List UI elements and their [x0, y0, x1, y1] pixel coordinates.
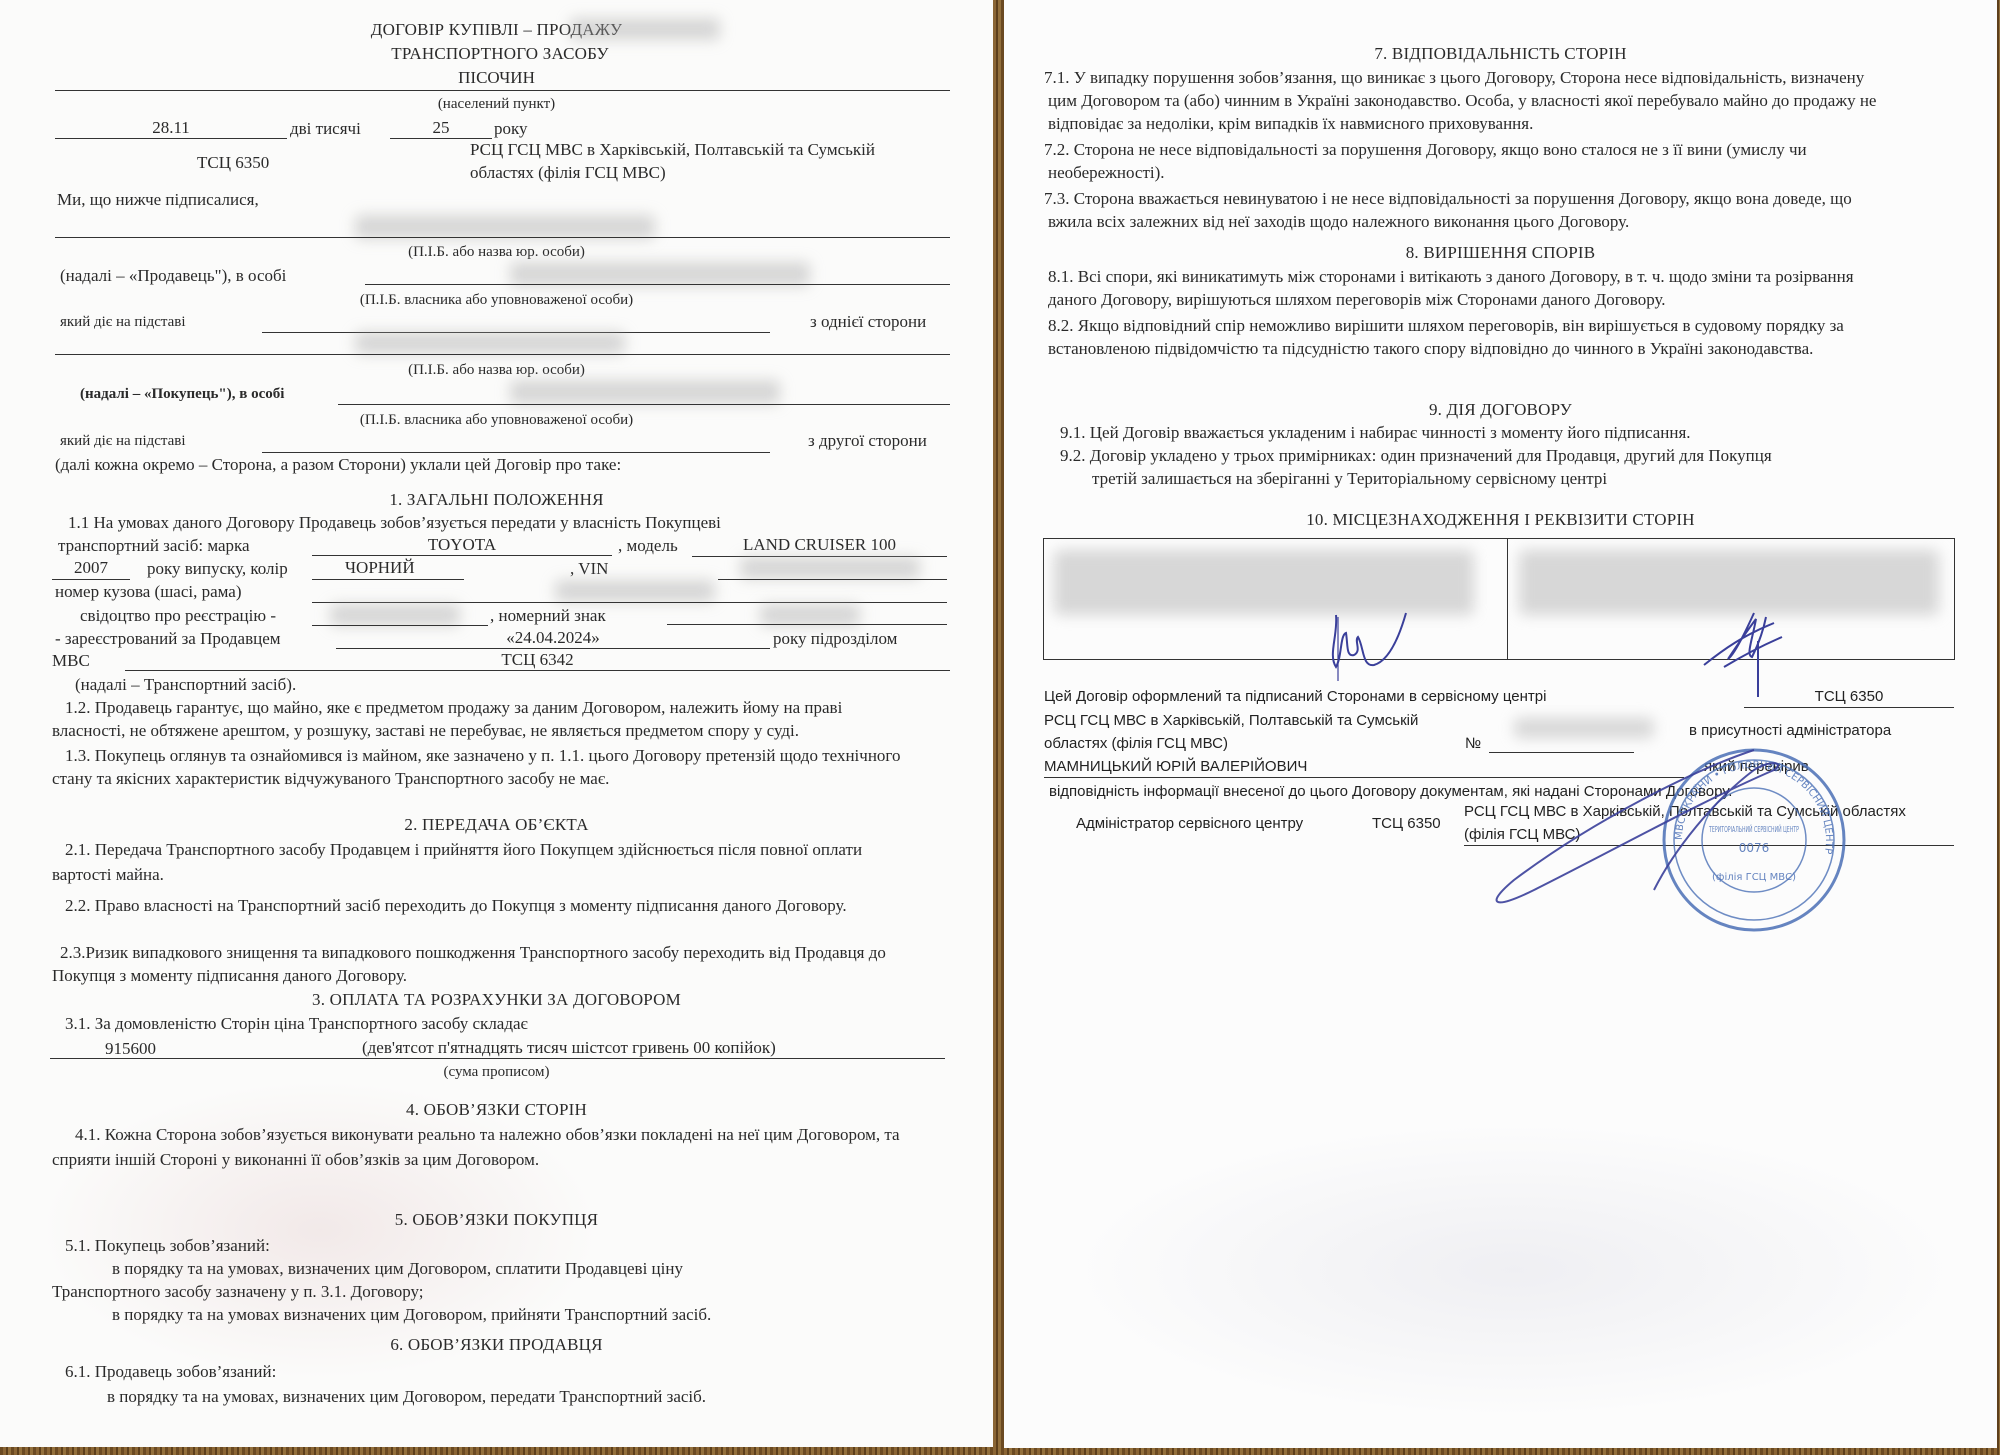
- clause-6-1a: в порядку та на умовах, визначених цим Д…: [107, 1387, 706, 1407]
- vehicle-note: (надалі – Транспортний засіб).: [75, 675, 296, 695]
- locality-caption: (населений пункт): [0, 94, 993, 114]
- section-4-heading: 4. ОБОВ’ЯЗКИ СТОРІН: [0, 1100, 993, 1120]
- vehicle-year: 2007: [52, 558, 130, 578]
- rsc-line-2: областях (філія ГСЦ МВС): [470, 163, 666, 183]
- clause-4-1b: сприяти іншій Стороні у виконанні її обо…: [52, 1150, 539, 1170]
- buyer-label: (надалі – «Покупець"), в особі: [80, 384, 284, 404]
- redacted-seller-name: [355, 215, 655, 239]
- vin-label: , VIN: [570, 559, 608, 579]
- clause-1-3a: 1.3. Покупець оглянув та ознайомився із …: [65, 746, 900, 766]
- caption-name-2: (П.І.Б. або назва юр. особи): [0, 360, 993, 380]
- clause-9-1: 9.1. Цей Договір вважається укладеним і …: [1060, 423, 1691, 443]
- parties-clause: (далі кожна окремо – Сторона, а разом Ст…: [55, 455, 621, 475]
- caption-name: (П.І.Б. або назва юр. особи): [0, 242, 993, 262]
- intro-text: Ми, що нижче підписалися,: [57, 190, 259, 210]
- redacted-plate: [760, 604, 860, 626]
- mvs-label: МВС: [52, 651, 90, 671]
- clause-8-1b: даного Договору, вирішуються шляхом пере…: [1048, 290, 1666, 310]
- section-9-heading: 9. ДІЯ ДОГОВОРУ: [1004, 400, 1997, 420]
- clause-9-2a: 9.2. Договір укладено у трьох примірника…: [1060, 446, 1772, 466]
- certification-line: Цей Договір оформлений та підписаний Сто…: [1044, 687, 1546, 707]
- clause-5-1c: в порядку та на умовах визначених цим До…: [112, 1305, 711, 1325]
- date-day-month: 28.11: [55, 118, 287, 138]
- clause-9-2b: третій залишається на зберіганні у Терит…: [1092, 469, 1607, 489]
- clause-8-2a: 8.2. Якщо відповідний спір неможливо вир…: [1048, 316, 1844, 336]
- registered-label: - зареєстрований за Продавцем: [55, 629, 281, 649]
- clause-7-1a: 7.1. У випадку порушення зобов’язання, щ…: [1044, 68, 1864, 88]
- redacted-seller-rep: [510, 262, 810, 286]
- administrator-signature: [1474, 730, 1784, 930]
- clause-1-2a: 1.2. Продавець гарантує, що майно, яке є…: [65, 698, 842, 718]
- document-subtitle: ТРАНСПОРТНОГО ЗАСОБУ: [100, 44, 900, 64]
- clause-1-1: 1.1 На умовах даного Договору Продавець …: [68, 513, 721, 533]
- clause-2-2: 2.2. Право власності на Транспортний зас…: [65, 896, 847, 916]
- clause-7-3b: вжила всіх залежних від неї заходів щодо…: [1048, 212, 1629, 232]
- clause-2-1b: вартості майна.: [52, 865, 164, 885]
- seller-label: (надалі – «Продавець"), в особі: [60, 266, 286, 286]
- acting-basis-1: який діє на підставі: [60, 312, 186, 332]
- contract-page-1: ДОГОВІР КУПІВЛІ – ПРОДАЖУ ТРАНСПОРТНОГО …: [0, 0, 993, 1447]
- clause-2-1a: 2.1. Передача Транспортного засобу Прода…: [65, 840, 862, 860]
- clause-2-3b: Покупця з моменту підписання даного Дого…: [52, 966, 407, 986]
- clause-6-1: 6.1. Продавець зобов’язаний:: [65, 1362, 276, 1382]
- caption-owner-2: (П.І.Б. власника або уповноваженої особи…: [0, 410, 993, 430]
- redacted-vin: [740, 557, 920, 579]
- date-suffix: року: [494, 119, 528, 139]
- clause-7-2a: 7.2. Сторона не несе відповідальності за…: [1044, 140, 1807, 160]
- price-caption: (сума прописом): [0, 1062, 993, 1082]
- contract-page-2: 7. ВІДПОВІДАЛЬНІСТЬ СТОРІН 7.1. У випадк…: [1004, 0, 1997, 1448]
- clause-2-3a: 2.3.Ризик випадкового знищення та випадк…: [60, 943, 886, 963]
- certification-tsc: ТСЦ 6350: [1744, 687, 1954, 707]
- date-words: дві тисячі: [290, 119, 361, 139]
- clause-7-2b: необережності).: [1048, 163, 1165, 183]
- clause-5-1b: Транспортного засобу зазначену у п. 3.1.…: [52, 1282, 424, 1302]
- redacted-buyer-rep: [510, 380, 780, 404]
- price-value: 915600: [105, 1039, 156, 1059]
- clause-7-1b: цим Договором та (або) чинним в Україні …: [1048, 91, 1876, 111]
- acting-basis-2: який діє на підставі: [60, 431, 186, 451]
- section-3-heading: 3. ОПЛАТА ТА РОЗРАХУНКИ ЗА ДОГОВОРОМ: [0, 990, 993, 1010]
- section-8-heading: 8. ВИРІШЕННЯ СПОРІВ: [1004, 243, 1997, 263]
- vehicle-make: TOYOTA: [312, 535, 612, 555]
- price-words: (дев'ятсот п'ятнадцять тисяч шістсот гри…: [362, 1038, 776, 1058]
- administrator-title: Адміністратор сервісного центру: [1076, 814, 1303, 834]
- clause-5-1: 5.1. Покупець зобов’язаний:: [65, 1236, 270, 1256]
- section-7-heading: 7. ВІДПОВІДАЛЬНІСТЬ СТОРІН: [1004, 44, 1997, 64]
- clause-5-1a: в порядку та на умовах, визначених цим Д…: [112, 1259, 683, 1279]
- section-6-heading: 6. ОБОВ’ЯЗКИ ПРОДАВЦЯ: [0, 1335, 993, 1355]
- administrator-tsc: ТСЦ 6350: [1372, 814, 1441, 834]
- locality-value: ПІСОЧИН: [0, 68, 993, 88]
- side-one: з однієї сторони: [810, 312, 926, 332]
- clause-4-1a: 4.1. Кожна Сторона зобов’язується викону…: [75, 1125, 900, 1145]
- plate-label: , номерний знак: [490, 606, 606, 626]
- vehicle-color: ЧОРНИЙ: [345, 558, 415, 578]
- division-label: року підрозділом: [773, 629, 897, 649]
- division-value: ТСЦ 6342: [125, 650, 950, 670]
- vehicle-label: транспортний засіб: марка: [58, 536, 250, 556]
- caption-owner: (П.І.Б. власника або уповноваженої особи…: [0, 290, 993, 310]
- clause-1-3b: стану та якісних характеристик відчужува…: [52, 769, 609, 789]
- rsc-line-1: РСЦ ГСЦ МВС в Харківській, Полтавській т…: [470, 140, 875, 160]
- section-10-heading: 10. МІСЦЕЗНАХОДЖЕННЯ І РЕКВІЗИТИ СТОРІН: [1004, 510, 1997, 530]
- certification-rsc-2: областях (філія ГСЦ МВС): [1044, 734, 1228, 754]
- certification-rsc-1: РСЦ ГСЦ МВС в Харківській, Полтавській т…: [1044, 711, 1418, 731]
- vehicle-model: LAND CRUISER 100: [692, 535, 947, 555]
- clause-7-1c: відповідає за недоліки, крім випадків їх…: [1048, 114, 1533, 134]
- document-title: ДОГОВІР КУПІВЛІ – ПРОДАЖУ: [0, 20, 993, 40]
- section-5-heading: 5. ОБОВ’ЯЗКИ ПОКУПЦЯ: [0, 1210, 993, 1230]
- redacted-buyer-name: [355, 332, 625, 354]
- clause-8-1a: 8.1. Всі спори, які виникатимуть між сто…: [1048, 267, 1854, 287]
- body-number-label: номер кузова (шасі, рама): [55, 582, 242, 602]
- model-label: , модель: [618, 536, 678, 556]
- clause-7-3a: 7.3. Сторона вважається невинуватою і не…: [1044, 189, 1852, 209]
- redacted-body-number: [555, 580, 715, 602]
- section-2-heading: 2. ПЕРЕДАЧА ОБ’ЄКТА: [0, 815, 993, 835]
- clause-1-2b: власності, не обтяжене арештом, у розшук…: [52, 721, 799, 741]
- side-two: з другої сторони: [808, 431, 927, 451]
- tsc-code: ТСЦ 6350: [197, 153, 269, 173]
- redacted-field: [570, 18, 720, 40]
- administrator-name: МАМНИЦЬКИЙ ЮРІЙ ВАЛЕРІЙОВИЧ: [1044, 757, 1307, 777]
- clause-3-1: 3.1. За домовленістю Сторін ціна Транспо…: [65, 1014, 528, 1034]
- seller-signature: [1324, 605, 1424, 685]
- clause-8-2b: встановленою підвідомчістю та підсудніст…: [1048, 339, 1813, 359]
- section-1-heading: 1. ЗАГАЛЬНІ ПОЛОЖЕННЯ: [0, 490, 993, 510]
- redacted-cert: [330, 604, 460, 626]
- date-year: 25: [390, 118, 492, 138]
- registered-date: «24.04.2024»: [336, 628, 770, 648]
- year-label: року випуску, колір: [147, 559, 288, 579]
- registration-cert-label: свідоцтво про реєстрацію -: [80, 606, 276, 626]
